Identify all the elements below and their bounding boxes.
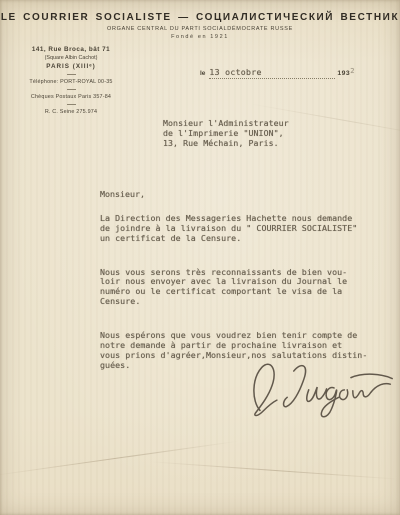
address-city: PARIS (XIIIᵉ) [8, 63, 134, 70]
letter-page: LE COURRIER SOCIALISTE — СОЦИАЛИСТИЧЕСКИ… [0, 0, 400, 515]
paper-crease [150, 461, 399, 479]
paper-crease [0, 441, 239, 477]
date-year-printed: 193 [337, 70, 350, 77]
divider [67, 74, 76, 75]
address-cheques: Chèques Postaux Paris 357-84 [8, 94, 134, 100]
address-street: 141, Rue Broca, bât 71 [8, 46, 134, 53]
date-line: le13 octobre 1932 [200, 67, 354, 79]
address-square: (Square Albin Cachot) [8, 55, 134, 61]
letterhead-founded: Fondé en 1921 [0, 34, 400, 40]
recipient-address: Monsieur l'Administrateur de l'Imprimeri… [163, 118, 289, 148]
date-year-typed: 2 [350, 67, 354, 75]
letterhead-address-block: 141, Rue Broca, bât 71 (Square Albin Cac… [8, 46, 134, 115]
address-registry: R. C. Seine 275.974 [8, 109, 134, 115]
date-prefix: le [200, 70, 205, 77]
letterhead-subtitle: ORGANE CENTRAL DU PARTI SOCIALDÉMOCRATE … [0, 26, 400, 32]
divider [67, 104, 76, 105]
paragraph-2: Nous vous serons très reconnaissants de … [100, 268, 368, 308]
letterhead-title: LE COURRIER SOCIALISTE — СОЦИАЛИСТИЧЕСКИ… [0, 12, 400, 23]
salutation: Monsieur, [100, 189, 145, 199]
address-phone: Téléphone: PORT-ROYAL 00-35 [8, 79, 134, 85]
letterhead: LE COURRIER SOCIALISTE — СОЦИАЛИСТИЧЕСКИ… [0, 12, 400, 40]
signature-icon [245, 348, 395, 426]
paragraph-1: La Direction des Messageries Hachette no… [100, 214, 368, 244]
date-typed: 13 octobre [209, 67, 335, 79]
divider [67, 89, 76, 90]
